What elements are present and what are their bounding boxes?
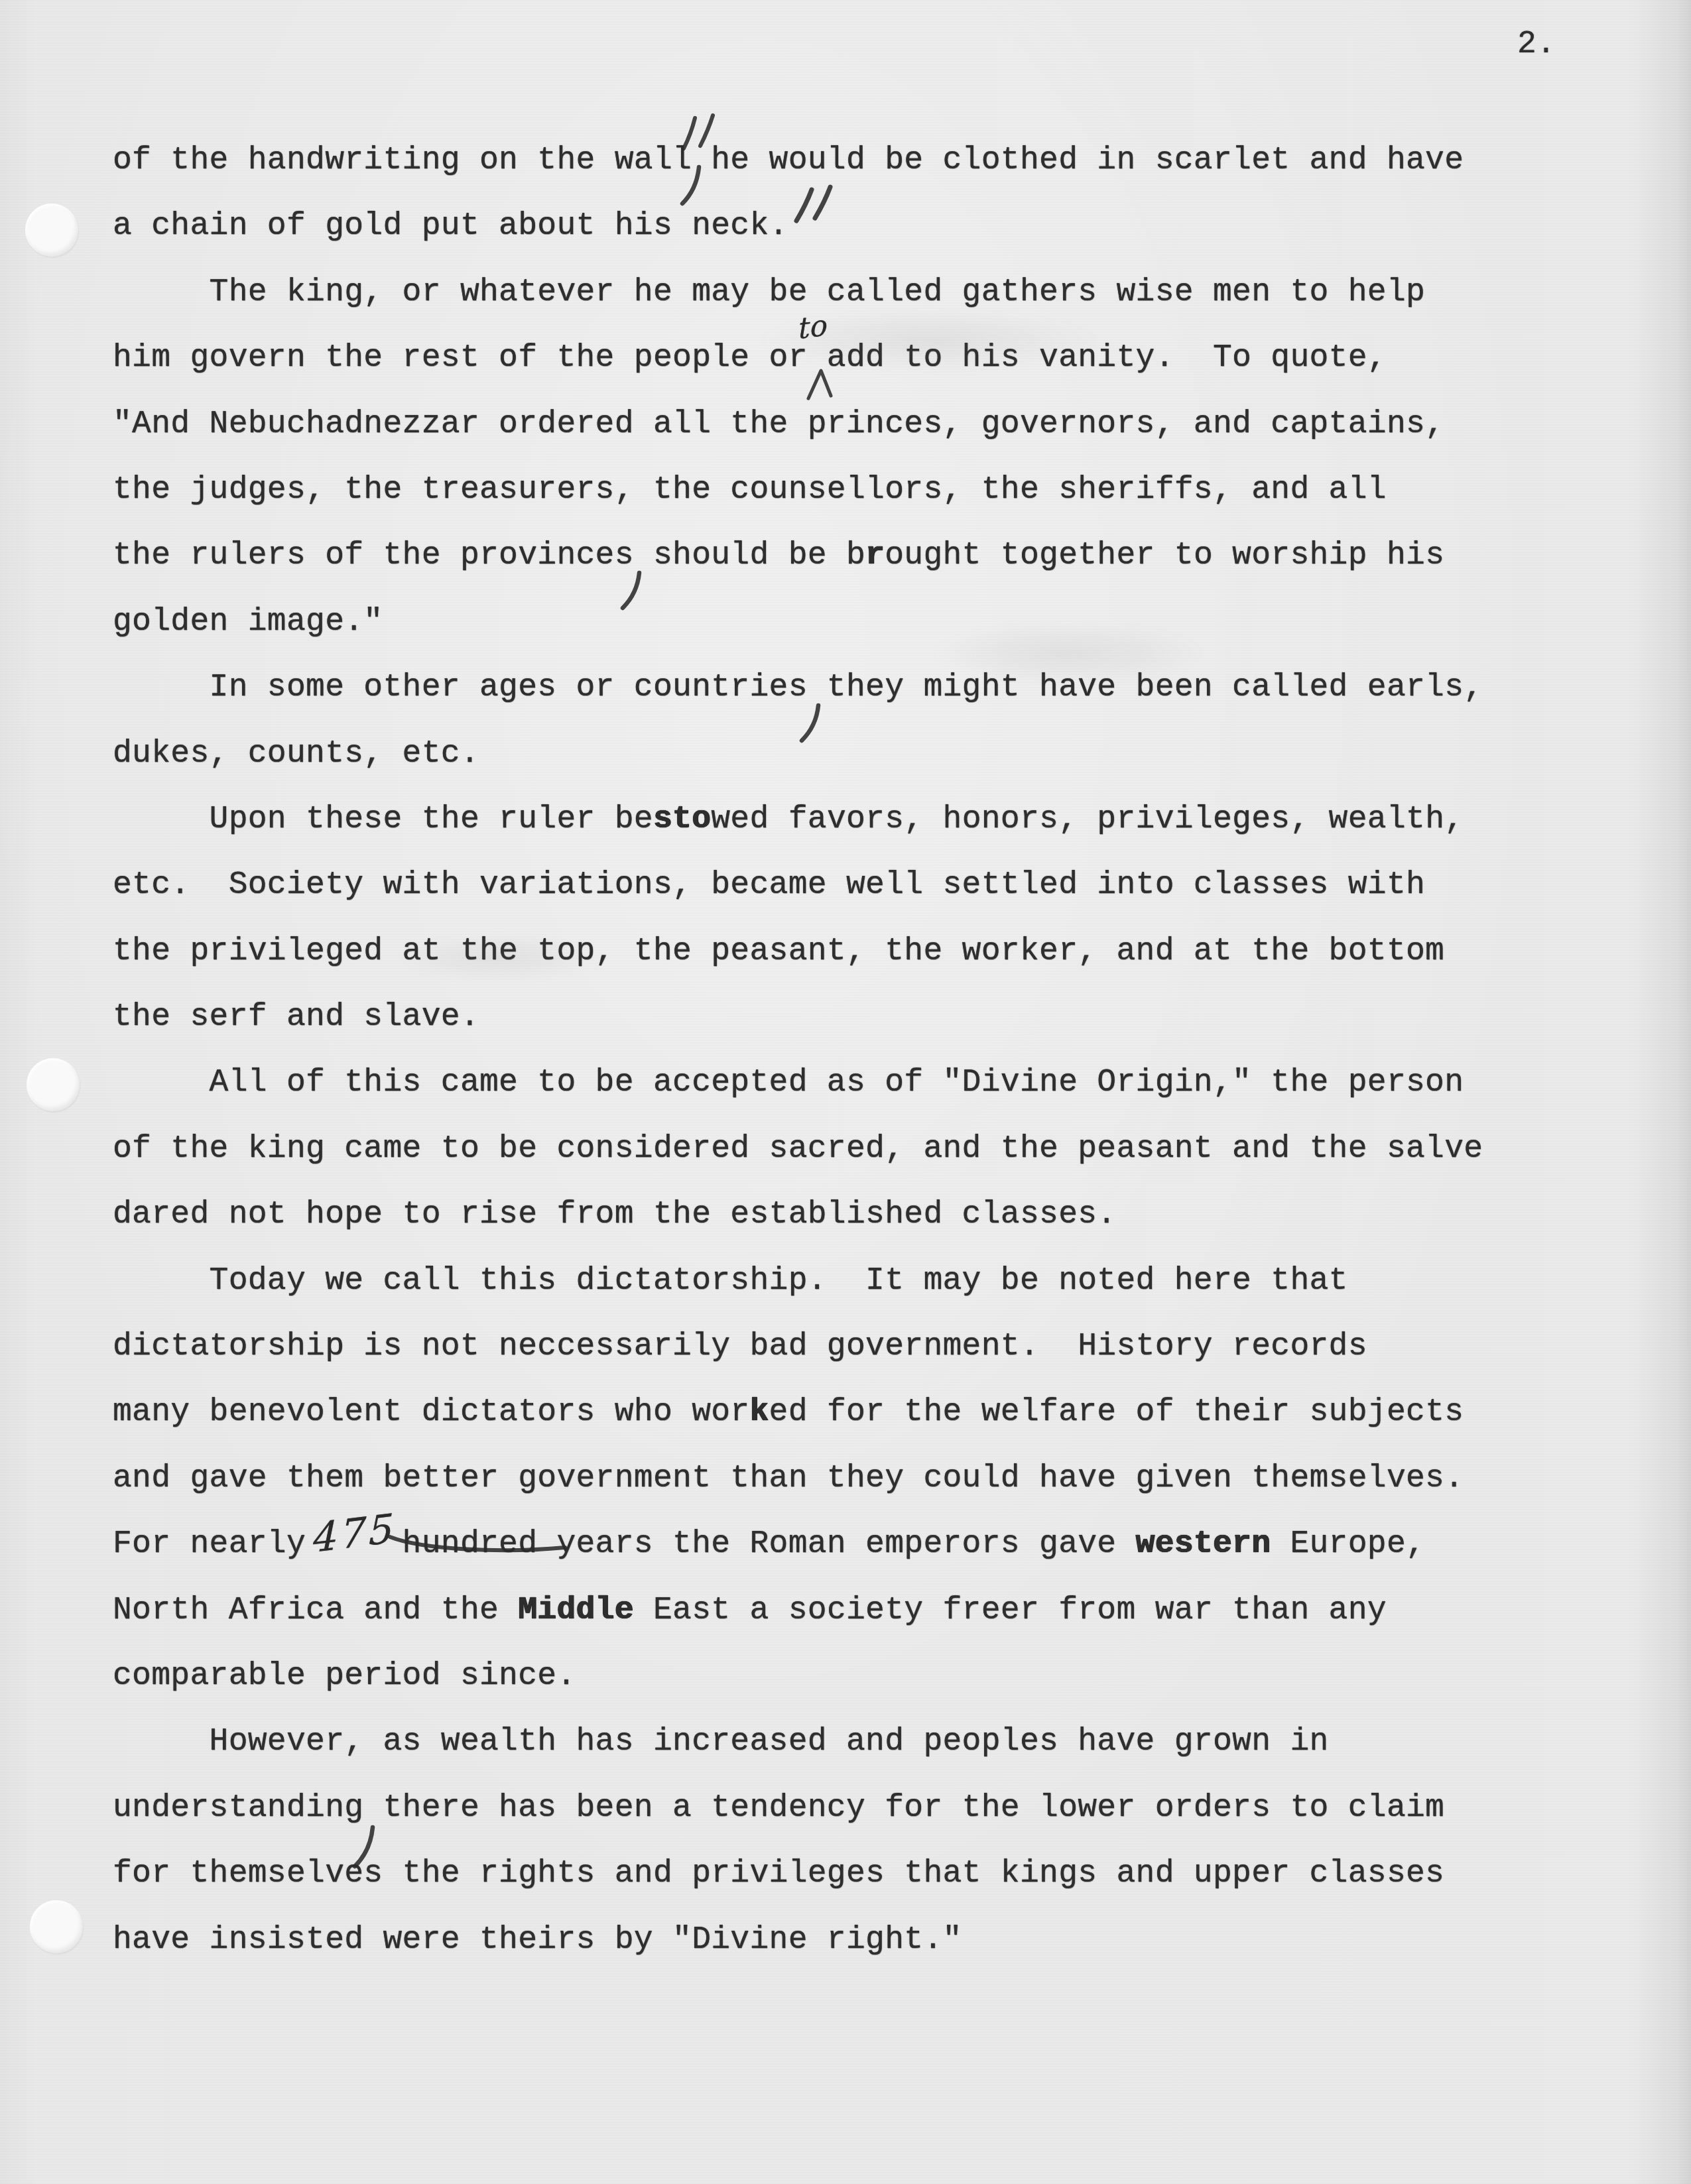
- ink-smudge: [928, 623, 1207, 683]
- typed-line: and gave them better government than the…: [113, 1446, 1483, 1512]
- punch-hole-middle: [27, 1058, 80, 1111]
- punch-hole-bottom: [30, 1900, 83, 1953]
- typed-line: golden image.": [113, 589, 1483, 655]
- typed-line: the privileged at the top, the peasant, …: [113, 919, 1483, 985]
- page-number: 2.: [1517, 27, 1556, 62]
- typed-line: In some other ages or countries they mig…: [113, 655, 1483, 721]
- handwritten-to-insertion: to: [798, 308, 828, 346]
- typed-line: dictatorship is not neccessarily bad gov…: [113, 1314, 1483, 1380]
- scanned-page: 2. of the handwriting on the wall he wou…: [0, 0, 1691, 2184]
- punch-hole-top: [25, 204, 78, 257]
- typed-line: All of this came to be accepted as of "D…: [113, 1050, 1483, 1116]
- typed-line: of the handwriting on the wall he would …: [113, 128, 1483, 194]
- typed-line: comparable period since.: [113, 1644, 1483, 1709]
- ink-smudge: [398, 935, 597, 981]
- typed-line: "And Nebuchadnezzar ordered all the prin…: [113, 392, 1483, 457]
- typed-line: many benevolent dictators who worked for…: [113, 1380, 1483, 1445]
- typed-line: North Africa and the Middle East a socie…: [113, 1578, 1483, 1644]
- typed-line: dukes, counts, etc.: [113, 721, 1483, 787]
- typed-line: dared not hope to rise from the establis…: [113, 1182, 1483, 1248]
- typed-line: of the king came to be considered sacred…: [113, 1117, 1483, 1182]
- typed-line: a chain of gold put about his neck.: [113, 194, 1483, 259]
- typed-line: However, as wealth has increased and peo…: [113, 1709, 1483, 1775]
- typed-line: Today we call this dictatorship. It may …: [113, 1248, 1483, 1314]
- typed-line: the judges, the treasurers, the counsell…: [113, 457, 1483, 523]
- typed-line: etc. Society with variations, became wel…: [113, 853, 1483, 918]
- typed-line: the serf and slave.: [113, 985, 1483, 1050]
- typed-line: the rulers of the provinces should be br…: [113, 523, 1483, 589]
- typed-line: have insisted were theirs by "Divine rig…: [113, 1908, 1483, 1973]
- typed-lines: of the handwriting on the wall he would …: [113, 128, 1483, 1973]
- typed-line: for themselves the rights and privileges…: [113, 1841, 1483, 1907]
- typed-line: understanding there has been a tendency …: [113, 1776, 1483, 1841]
- typed-line: Upon these the ruler bestowed favors, ho…: [113, 787, 1483, 853]
